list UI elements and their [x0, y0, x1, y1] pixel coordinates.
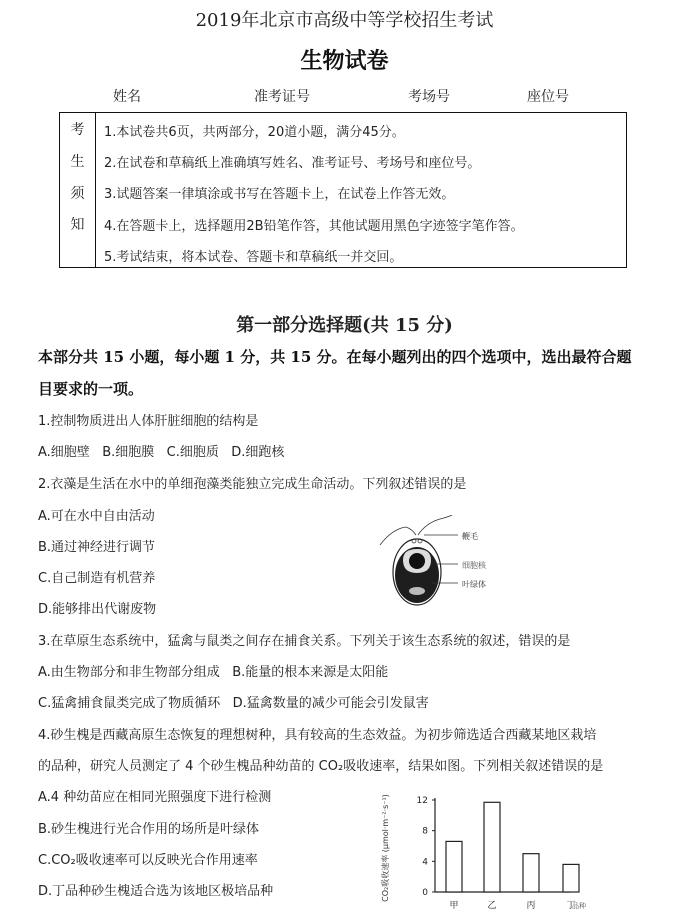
question-3-options-row1: A.由生物部分和非生物部分组成 B.能量的根本来源是太阳能 [38, 661, 388, 680]
question-4-option-a: A.4 种幼苗应在相同光照强度下进行检测 [38, 786, 271, 805]
question-2-option-d: D.能够排出代谢废物 [38, 598, 156, 617]
question-2-option-c: C.自己制造有机营养 [38, 567, 155, 586]
section-title: 第一部分选择题(共 15 分) [0, 311, 689, 337]
chart-bar [484, 802, 500, 892]
subject-title: 生物试卷 [0, 44, 689, 75]
chart-y-tick-label: 12 [417, 796, 428, 806]
section-instruction: 目要求的一项。 [38, 378, 143, 399]
notice-divider [95, 113, 96, 267]
exam-notice-box: 考 生 须 知 1.本试卷共6页，共两部分，20道小题，满分45分。 2.在试卷… [59, 112, 627, 268]
chart-y-ticks: 04812 [417, 796, 435, 898]
chart-bars [446, 802, 579, 892]
question-2-option-b: B.通过神经进行调节 [38, 536, 155, 555]
question-2-option-a: A.可在水中自由活动 [38, 505, 155, 524]
chart-y-axis-label: CO₂吸收速率 (μmol·m⁻²·s⁻¹) [380, 794, 390, 902]
exam-title: 2019年北京市高级中等学校招生考试 [0, 6, 689, 32]
question-2-stem: 2.衣藻是生活在水中的单细孢藻类能独立完成生命活动。下列叙述错误的是 [38, 473, 466, 492]
chart-x-tick-label: 甲 [449, 900, 458, 911]
notice-item: 3.试题答案一律填涂或书写在答题卡上，在试卷上作答无效。 [104, 183, 454, 202]
notice-item: 5.考试结束，将本试卷、答题卡和草稿纸一并交回。 [104, 246, 402, 265]
notice-item: 2.在试卷和草稿纸上准确填写姓名、准考证号、考场号和座位号。 [104, 152, 480, 171]
field-name: 姓名 [113, 86, 141, 106]
chart-y-tick-label: 4 [422, 857, 428, 867]
chart-y-tick-label: 8 [422, 827, 428, 837]
field-exam-room: 考场号 [408, 86, 450, 106]
question-3-stem: 3.在草原生态系统中，猛禽与鼠类之间存在捕食关系。下列关于该生态系统的叙述，错误… [38, 630, 570, 649]
section-instruction: 本部分共 15 小题，每小题 1 分，共 15 分。在每小题列出的四个选项中，选… [38, 346, 632, 367]
figure-label-nucleus: 细胞核 [462, 560, 487, 570]
chart-bar [446, 841, 462, 892]
figure-label-flagellum: 鞭毛 [462, 531, 478, 541]
chart-bar [563, 864, 579, 892]
notice-label-char: 考 [60, 119, 95, 139]
co2-absorption-bar-chart: 04812 甲乙丙丁 CO₂吸收速率 (μmol·m⁻²·s⁻¹) 品种 [370, 790, 610, 920]
question-4-stem: 4.砂生槐是西藏高原生态恢复的理想树种，具有较高的生态效益。为初步筛选适合西藏某… [38, 724, 596, 743]
chart-y-tick-label: 0 [422, 888, 428, 898]
chart-bar [523, 854, 539, 892]
question-4-option-d: D.丁品种砂生槐适合选为该地区极培品种 [38, 880, 273, 899]
chart-x-labels: 甲乙丙丁 [449, 900, 575, 911]
question-1-stem: 1.控制物质进出人体肝脏细胞的结构是 [38, 410, 258, 429]
question-3-options-row2: C.猛禽捕食鼠类完成了物质循环 D.猛禽数量的减少可能会引发鼠害 [38, 692, 429, 711]
notice-item: 4.在答题卡上，选择题用2B铅笔作答，其他试题用黑色字迹签字笔作答。 [104, 215, 524, 234]
question-4-option-c: C.CO₂吸收速率可以反映光合作用速率 [38, 849, 258, 868]
chart-x-axis-label: 品种 [572, 901, 586, 910]
question-1-options: A.细胞壁 B.细胞膜 C.细胞质 D.细跑核 [38, 441, 284, 460]
figure-label-chloroplast: 叶绿体 [462, 579, 486, 589]
field-seat-number: 座位号 [527, 86, 569, 106]
chlamydomonas-figure: 鞭毛 细胞核 叶绿体 [370, 515, 510, 610]
field-admission-number: 准考证号 [254, 86, 310, 106]
notice-label-char: 知 [60, 214, 95, 234]
notice-item: 1.本试卷共6页，共两部分，20道小题，满分45分。 [104, 121, 405, 140]
notice-label-char: 生 [60, 151, 95, 171]
question-4-option-b: B.砂生槐进行光合作用的场所是叶绿体 [38, 818, 259, 837]
notice-label-char: 须 [60, 183, 95, 203]
chart-x-tick-label: 丙 [526, 900, 535, 911]
chart-x-tick-label: 乙 [487, 900, 496, 911]
question-4-stem: 的品种，研究人员测定了 4 个砂生槐品种幼苗的 CO₂吸收速率，结果如图。下列相… [38, 755, 603, 774]
